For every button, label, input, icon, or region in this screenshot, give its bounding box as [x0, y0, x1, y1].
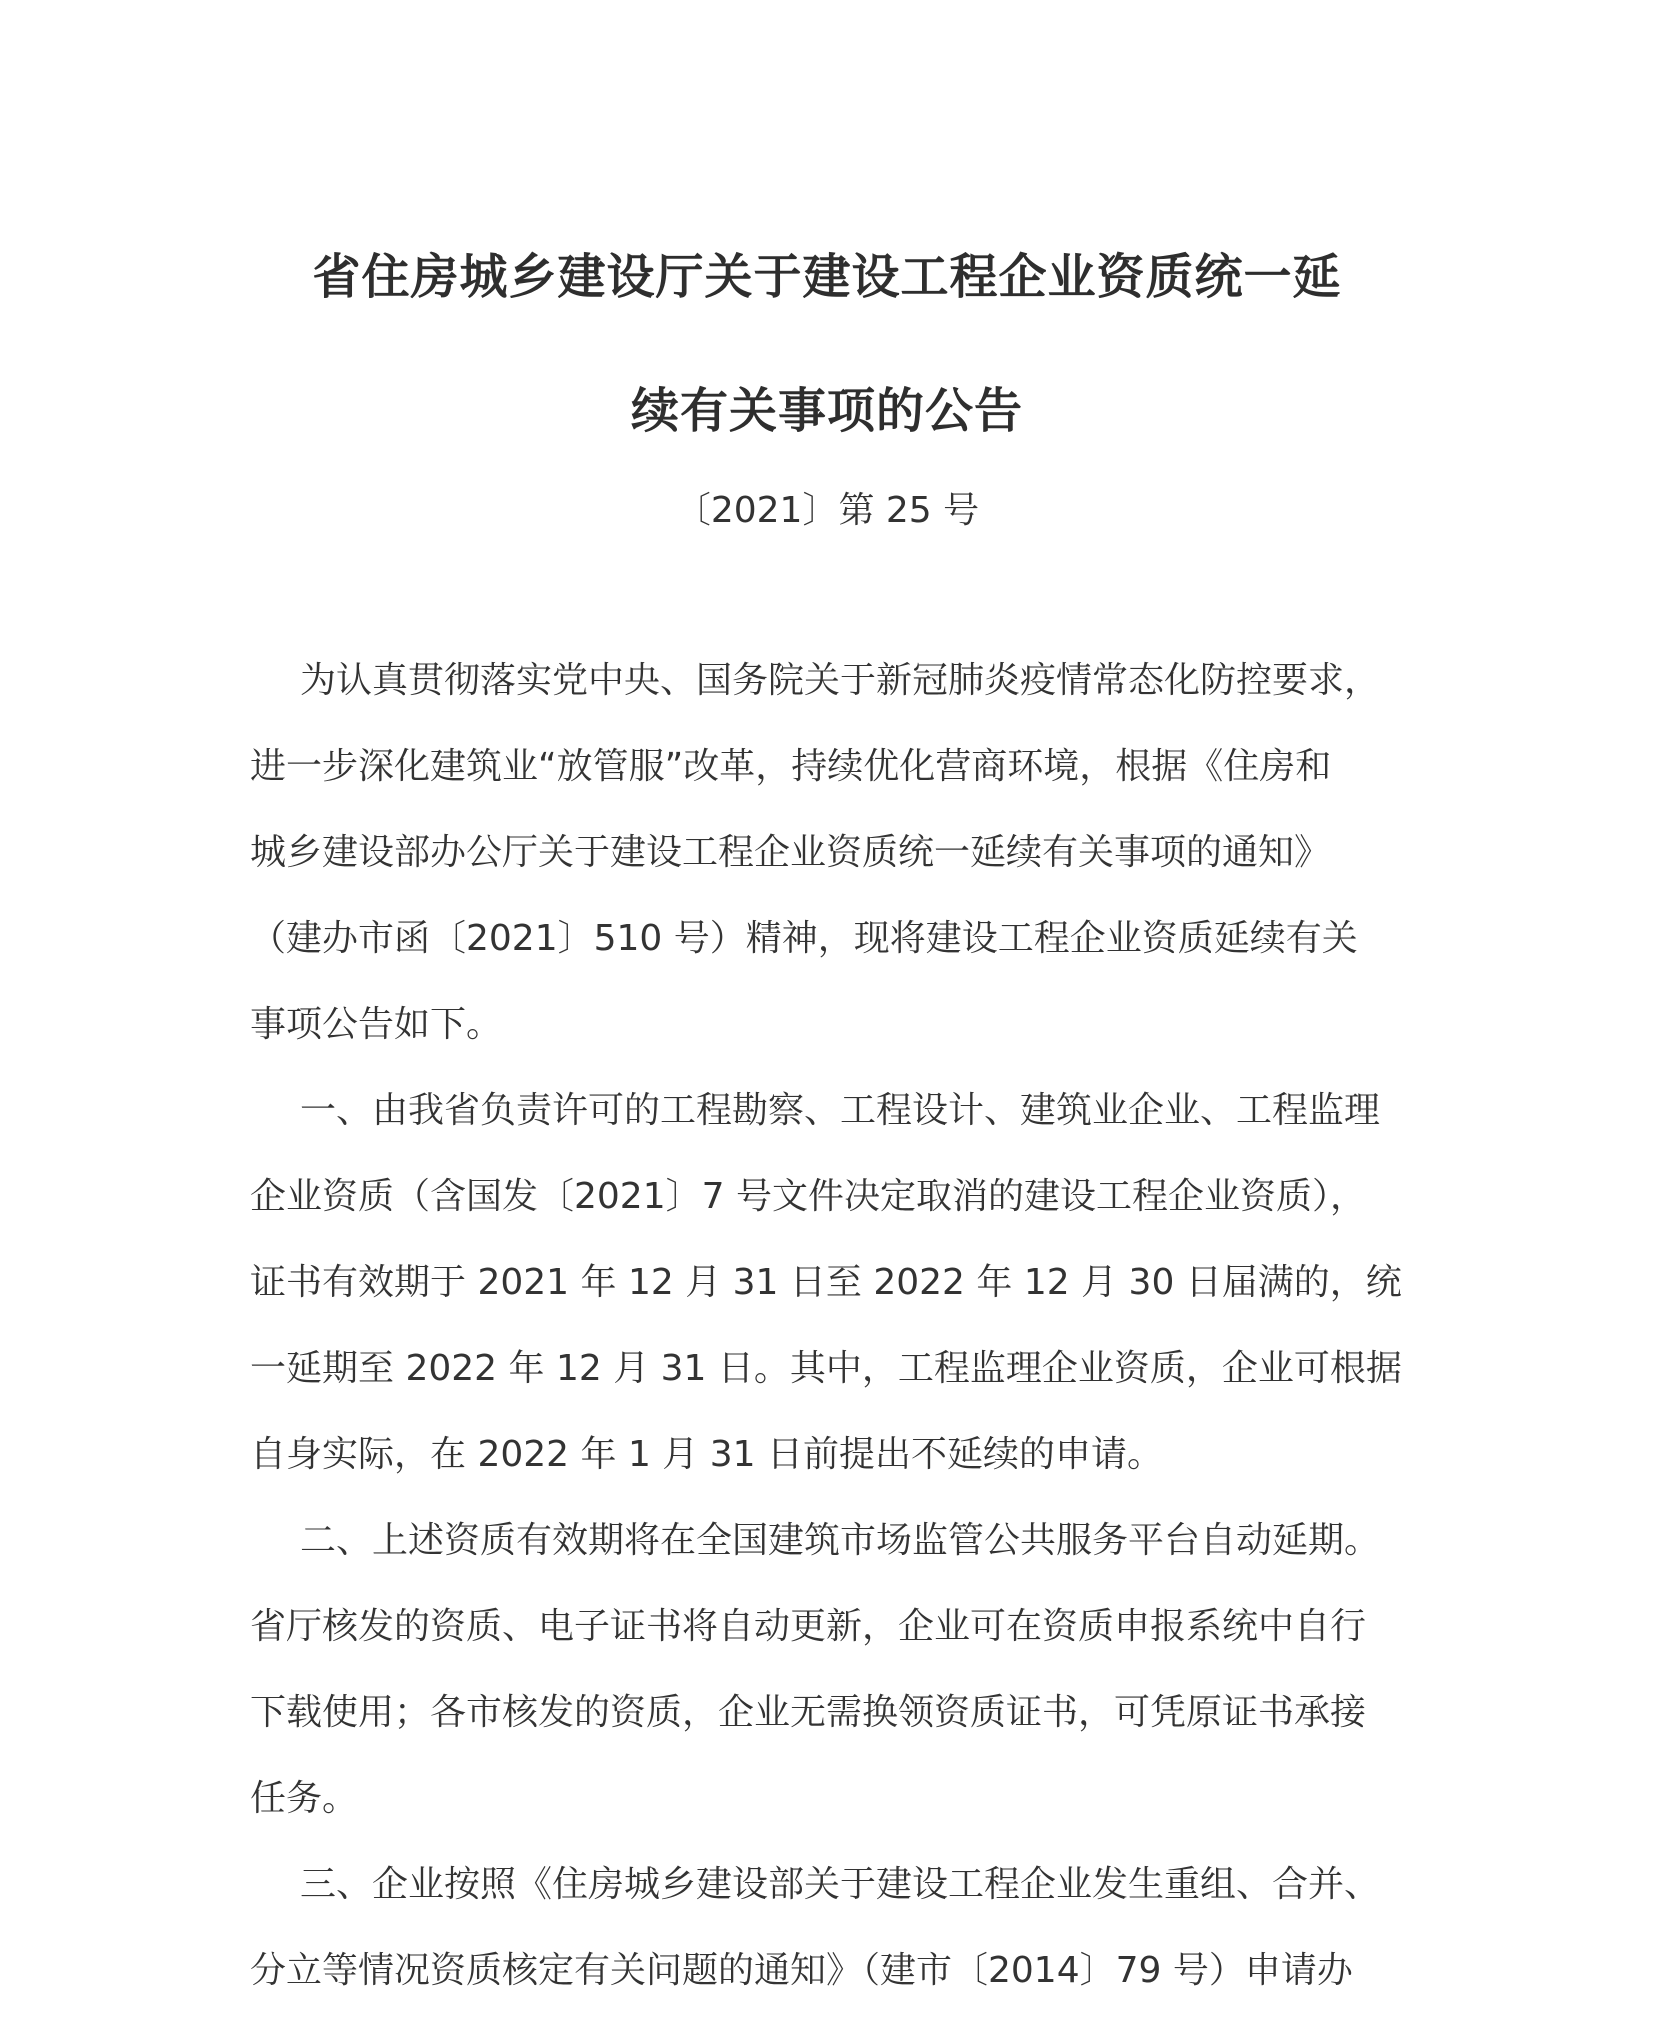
paragraph-intro-line: （建办市函〔2021〕510 号）精神，现将建设工程企业资质延续有关 — [250, 910, 1410, 961]
section-1-line: 企业资质（含国发〔2021〕7 号文件决定取消的建设工程企业资质）， — [250, 1168, 1410, 1219]
section-2-line: 下载使用；各市核发的资质，企业无需换领资质证书，可凭原证书承接 — [250, 1684, 1410, 1735]
document-title-line-1: 省住房城乡建设厅关于建设工程企业资质统一延 — [0, 238, 1654, 307]
section-3-line: 分立等情况资质核定有关问题的通知》（建市〔2014〕79 号）申请办 — [250, 1942, 1410, 1993]
section-2-line: 二、上述资质有效期将在全国建筑市场监管公共服务平台自动延期。 — [300, 1512, 1460, 1563]
paragraph-intro-line: 城乡建设部办公厅关于建设工程企业资质统一延续有关事项的通知》 — [250, 824, 1410, 875]
document-page: 省住房城乡建设厅关于建设工程企业资质统一延 续有关事项的公告 〔2021〕第 2… — [0, 0, 1654, 2032]
section-2-line: 省厅核发的资质、电子证书将自动更新，企业可在资质申报系统中自行 — [250, 1598, 1410, 1649]
section-3-line: 三、企业按照《住房城乡建设部关于建设工程企业发生重组、合并、 — [300, 1856, 1460, 1907]
section-1-line: 一、由我省负责许可的工程勘察、工程设计、建筑业企业、工程监理 — [300, 1082, 1460, 1133]
paragraph-intro-line: 为认真贯彻落实党中央、国务院关于新冠肺炎疫情常态化防控要求， — [300, 652, 1460, 703]
section-1-line: 一延期至 2022 年 12 月 31 日。其中，工程监理企业资质，企业可根据 — [250, 1340, 1410, 1391]
paragraph-intro-line: 事项公告如下。 — [250, 996, 1410, 1047]
section-1-line: 证书有效期于 2021 年 12 月 31 日至 2022 年 12 月 30 … — [250, 1254, 1410, 1305]
paragraph-intro-line: 进一步深化建筑业“放管服”改革，持续优化营商环境，根据《住房和 — [250, 738, 1410, 789]
document-title-line-2: 续有关事项的公告 — [0, 372, 1654, 441]
document-number: 〔2021〕第 25 号 — [0, 482, 1654, 533]
section-2-line: 任务。 — [250, 1770, 1410, 1821]
section-1-line: 自身实际，在 2022 年 1 月 31 日前提出不延续的申请。 — [250, 1426, 1410, 1477]
